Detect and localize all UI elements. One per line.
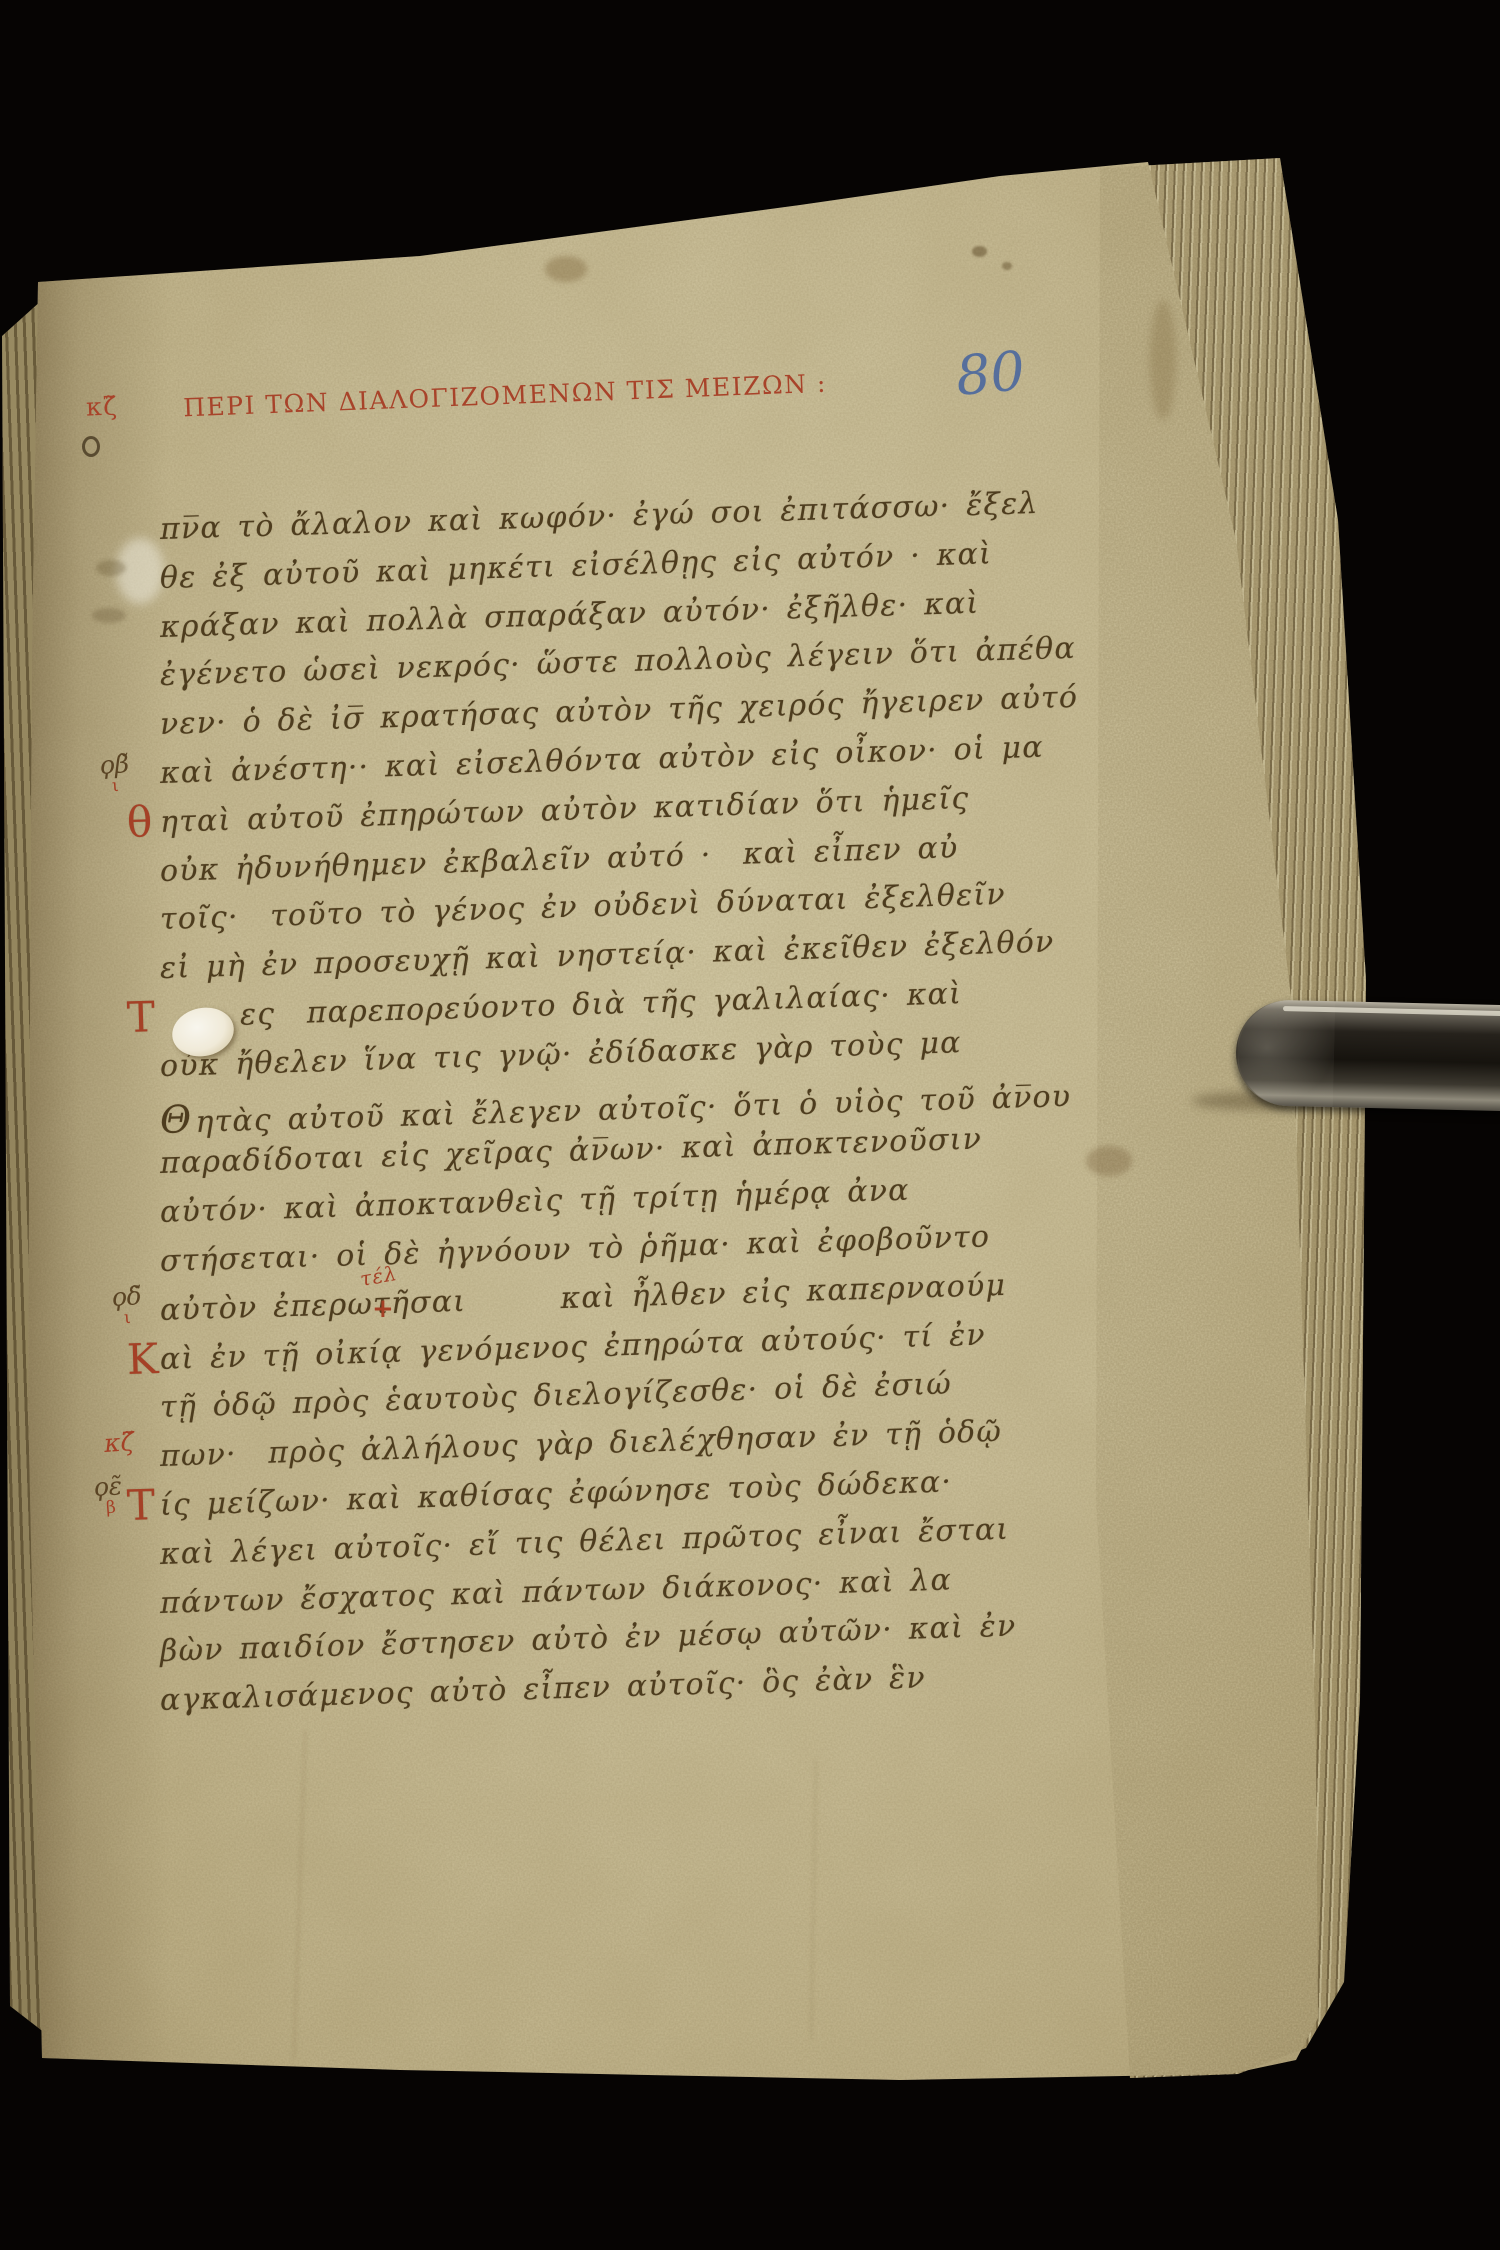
rubric-initial: Τ	[126, 1480, 157, 1530]
ammonian-section-mark: ϙβ̃ι	[99, 749, 132, 795]
rubric-initial: Κ	[126, 1334, 160, 1384]
rubric-initial: Θ	[159, 1097, 193, 1142]
section-number: κζ̃	[103, 1427, 135, 1458]
canon-number: β	[105, 1500, 123, 1516]
ammonian-section-mark: ϙε̃β	[93, 1471, 124, 1517]
folio-number: 80	[953, 339, 1027, 408]
kephalaion-number: κζ̃	[85, 391, 118, 421]
rubric-initial: θ	[126, 797, 154, 847]
manuscript-photo: κζ̃ ΠΕΡΙ ΤΩΝ ΔΙΑΛΟΓΙΖΟΜΕΝΩΝ ΤΙΣ ΜΕΙΖΩΝ :…	[0, 0, 1500, 2250]
canon-number: ι	[123, 1310, 143, 1326]
canon-number: ι	[111, 778, 131, 794]
rubric-initial: Τ	[126, 992, 157, 1042]
ammonian-section-mark: ϙδ̃ι	[111, 1281, 144, 1327]
glass-rod-page-holder	[1235, 999, 1500, 1111]
lection-cross-icon: +	[372, 1294, 394, 1324]
ammonian-section-mark: κζ̃	[103, 1427, 135, 1458]
